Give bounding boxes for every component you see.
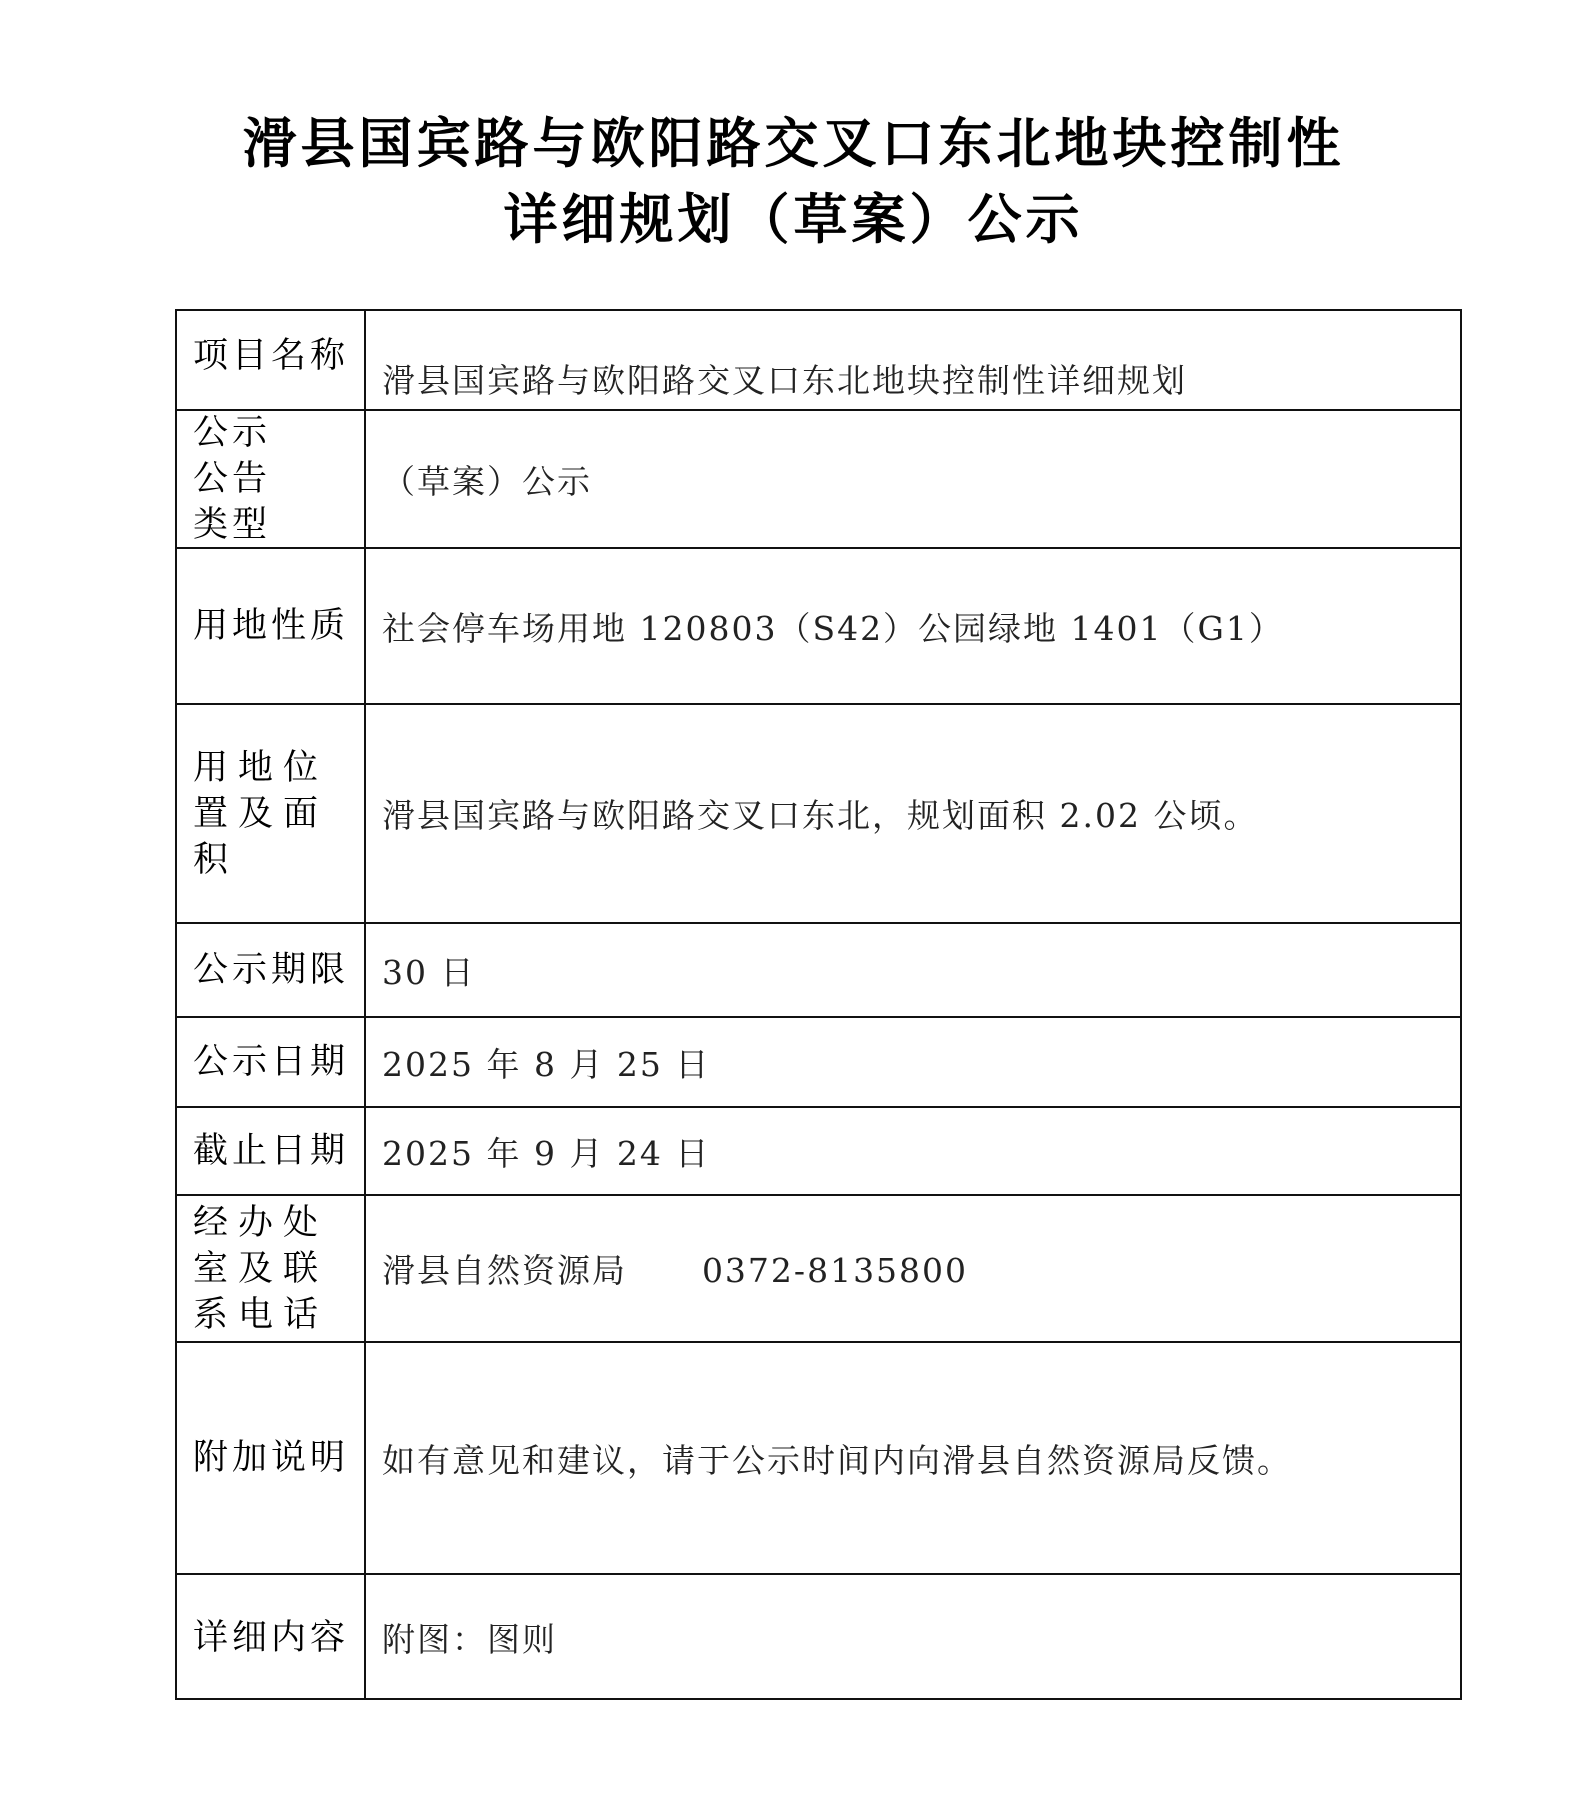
table-row-notice-type: 公示公告类型 （草案）公示 <box>177 411 1460 549</box>
row-value: 滑县国宾路与欧阳路交叉口东北，规划面积 2.02 公顷。 <box>366 705 1460 922</box>
table-row-notice-period: 公示期限 30 日 <box>177 924 1460 1018</box>
table-row-location-area: 用地位置及面积 滑县国宾路与欧阳路交叉口东北，规划面积 2.02 公顷。 <box>177 705 1460 924</box>
row-label: 附加说明 <box>177 1343 366 1573</box>
row-value: 2025 年 8 月 25 日 <box>366 1018 1460 1106</box>
row-label: 详细内容 <box>177 1575 366 1700</box>
table-row-notice-date: 公示日期 2025 年 8 月 25 日 <box>177 1018 1460 1108</box>
table-row-land-use: 用地性质 社会停车场用地 120803（S42）公园绿地 1401（G1） <box>177 549 1460 705</box>
table-row-remarks: 附加说明 如有意见和建议，请于公示时间内向滑县自然资源局反馈。 <box>177 1343 1460 1575</box>
table-row-details: 详细内容 附图：图则 <box>177 1575 1460 1700</box>
row-label: 经办处室及联系电话 <box>177 1196 366 1341</box>
notice-table: 项目名称 滑县国宾路与欧阳路交叉口东北地块控制性详细规划 公示公告类型 （草案）… <box>175 309 1462 1700</box>
row-value: 滑县自然资源局 0372-8135800 <box>366 1196 1460 1341</box>
row-value: （草案）公示 <box>366 411 1460 547</box>
row-label: 截止日期 <box>177 1108 366 1194</box>
table-row-contact: 经办处室及联系电话 滑县自然资源局 0372-8135800 <box>177 1196 1460 1343</box>
row-label: 公示公告类型 <box>177 411 366 547</box>
row-value: 附图：图则 <box>366 1575 1460 1700</box>
row-label: 公示日期 <box>177 1018 366 1106</box>
row-label: 公示期限 <box>177 924 366 1016</box>
row-label: 用地位置及面积 <box>177 705 366 922</box>
row-label: 用地性质 <box>177 549 366 703</box>
table-row-deadline: 截止日期 2025 年 9 月 24 日 <box>177 1108 1460 1196</box>
page-title-line-2: 详细规划（草案）公示 <box>0 182 1587 258</box>
row-value: 社会停车场用地 120803（S42）公园绿地 1401（G1） <box>366 549 1460 703</box>
row-value: 如有意见和建议，请于公示时间内向滑县自然资源局反馈。 <box>366 1343 1460 1573</box>
table-row-project-name: 项目名称 滑县国宾路与欧阳路交叉口东北地块控制性详细规划 <box>177 311 1460 411</box>
page-title-line-1: 滑县国宾路与欧阳路交叉口东北地块控制性 <box>0 106 1587 182</box>
row-value: 2025 年 9 月 24 日 <box>366 1108 1460 1194</box>
row-value: 30 日 <box>366 924 1460 1016</box>
row-label: 项目名称 <box>177 311 366 409</box>
